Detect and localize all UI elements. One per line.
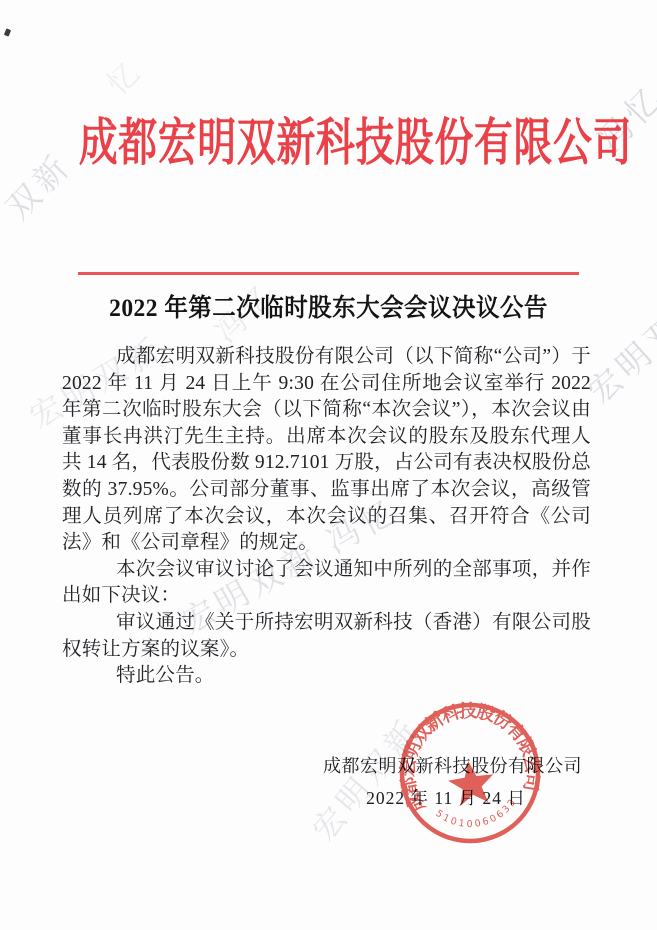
scan-speck <box>4 28 11 36</box>
body-paragraph: 审议通过《关于所持宏明双新科技（香港）有限公司股权转让方案的议案》。 <box>62 610 591 663</box>
company-seal: 成都宏明双新科技股份有限公司 5101006063303 <box>380 683 561 864</box>
red-divider-line <box>78 272 579 275</box>
body-paragraph: 本次会议审议讨论了会议通知中所列的全部事项，并作出如下决议： <box>62 557 591 610</box>
document-heading: 2022 年第二次临时股东大会会议决议公告 <box>20 288 638 324</box>
document-page: 冯忆双新忆冯忆宏明双新宏明双新宏明双新 冯忆宏明双新 成都宏明双新科技股份有限公… <box>0 0 657 930</box>
watermark-text: 忆 <box>95 47 151 103</box>
company-title: 成都宏明双新科技股份有限公司 <box>79 112 578 176</box>
body-paragraph: 成都宏明双新科技股份有限公司（以下简称“公司”）于 2022 年 11 月 24… <box>62 344 591 557</box>
watermark-text: 双新 <box>0 141 81 228</box>
seal-star-icon <box>446 758 497 807</box>
document-body: 成都宏明双新科技股份有限公司（以下简称“公司”）于 2022 年 11 月 24… <box>62 344 591 690</box>
